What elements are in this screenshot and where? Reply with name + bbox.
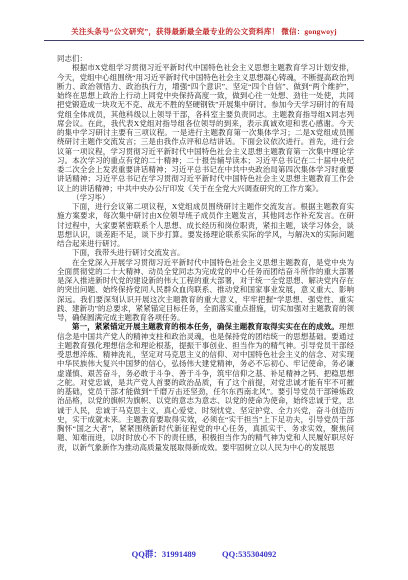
paragraph-study-done: （学习毕） xyxy=(57,193,354,202)
qq-group-number: QQ群：31991489 xyxy=(132,549,196,559)
section-one-body: 理想信念是中国共产党人的精神支柱和政治灵魂，也是保持党的团结统一的思想基础。要通… xyxy=(57,322,354,451)
header-promo-text: 关注头条号“公文研究”，获得最新最全最专业的公文资料库！ 微信：gongwoyj xyxy=(71,27,337,36)
paragraph-agenda-two: 下面，进行会议第二项议程，X党组成员围绕研讨主题作交流发言。根据主题教育实施方案… xyxy=(57,202,354,248)
paragraph-significance: 在全党深入开展学习贯彻习近平新时代中国特色社会主义思想主题教育，是党中央为全面贯… xyxy=(57,258,354,323)
section-one-heading: 第一，紧紧锚定开展主题教育的根本任务，确保主题教育取得实实在在的成效。 xyxy=(72,322,339,331)
page-header: 关注头条号“公文研究”，获得最新最全最专业的公文资料库！ 微信：gongwoyj xyxy=(44,26,364,41)
qq-number: QQ:535304092 xyxy=(222,549,276,559)
page-footer: QQ群：31991489 QQ:535304092 xyxy=(0,548,408,560)
paragraph-section-one: 第一，紧紧锚定开展主题教育的根本任务，确保主题教育取得实实在在的成效。理想信念是… xyxy=(57,322,354,452)
paragraph-lead-speech: 下面，我带头进行研讨交流发言。 xyxy=(57,248,354,257)
document-body: 同志们： 根据市X党组学习贯彻习近平新时代中国特色社会主义思想主题教育学习计划安… xyxy=(57,54,354,452)
salutation: 同志们： xyxy=(57,54,354,63)
paragraph-opening: 根据市X党组学习贯彻习近平新时代中国特色社会主义思想主题教育学习计划安排，今天，… xyxy=(57,63,354,193)
document-page: 关注头条号“公文研究”，获得最新最全最专业的公文资料库！ 微信：gongwoyj… xyxy=(0,0,408,580)
